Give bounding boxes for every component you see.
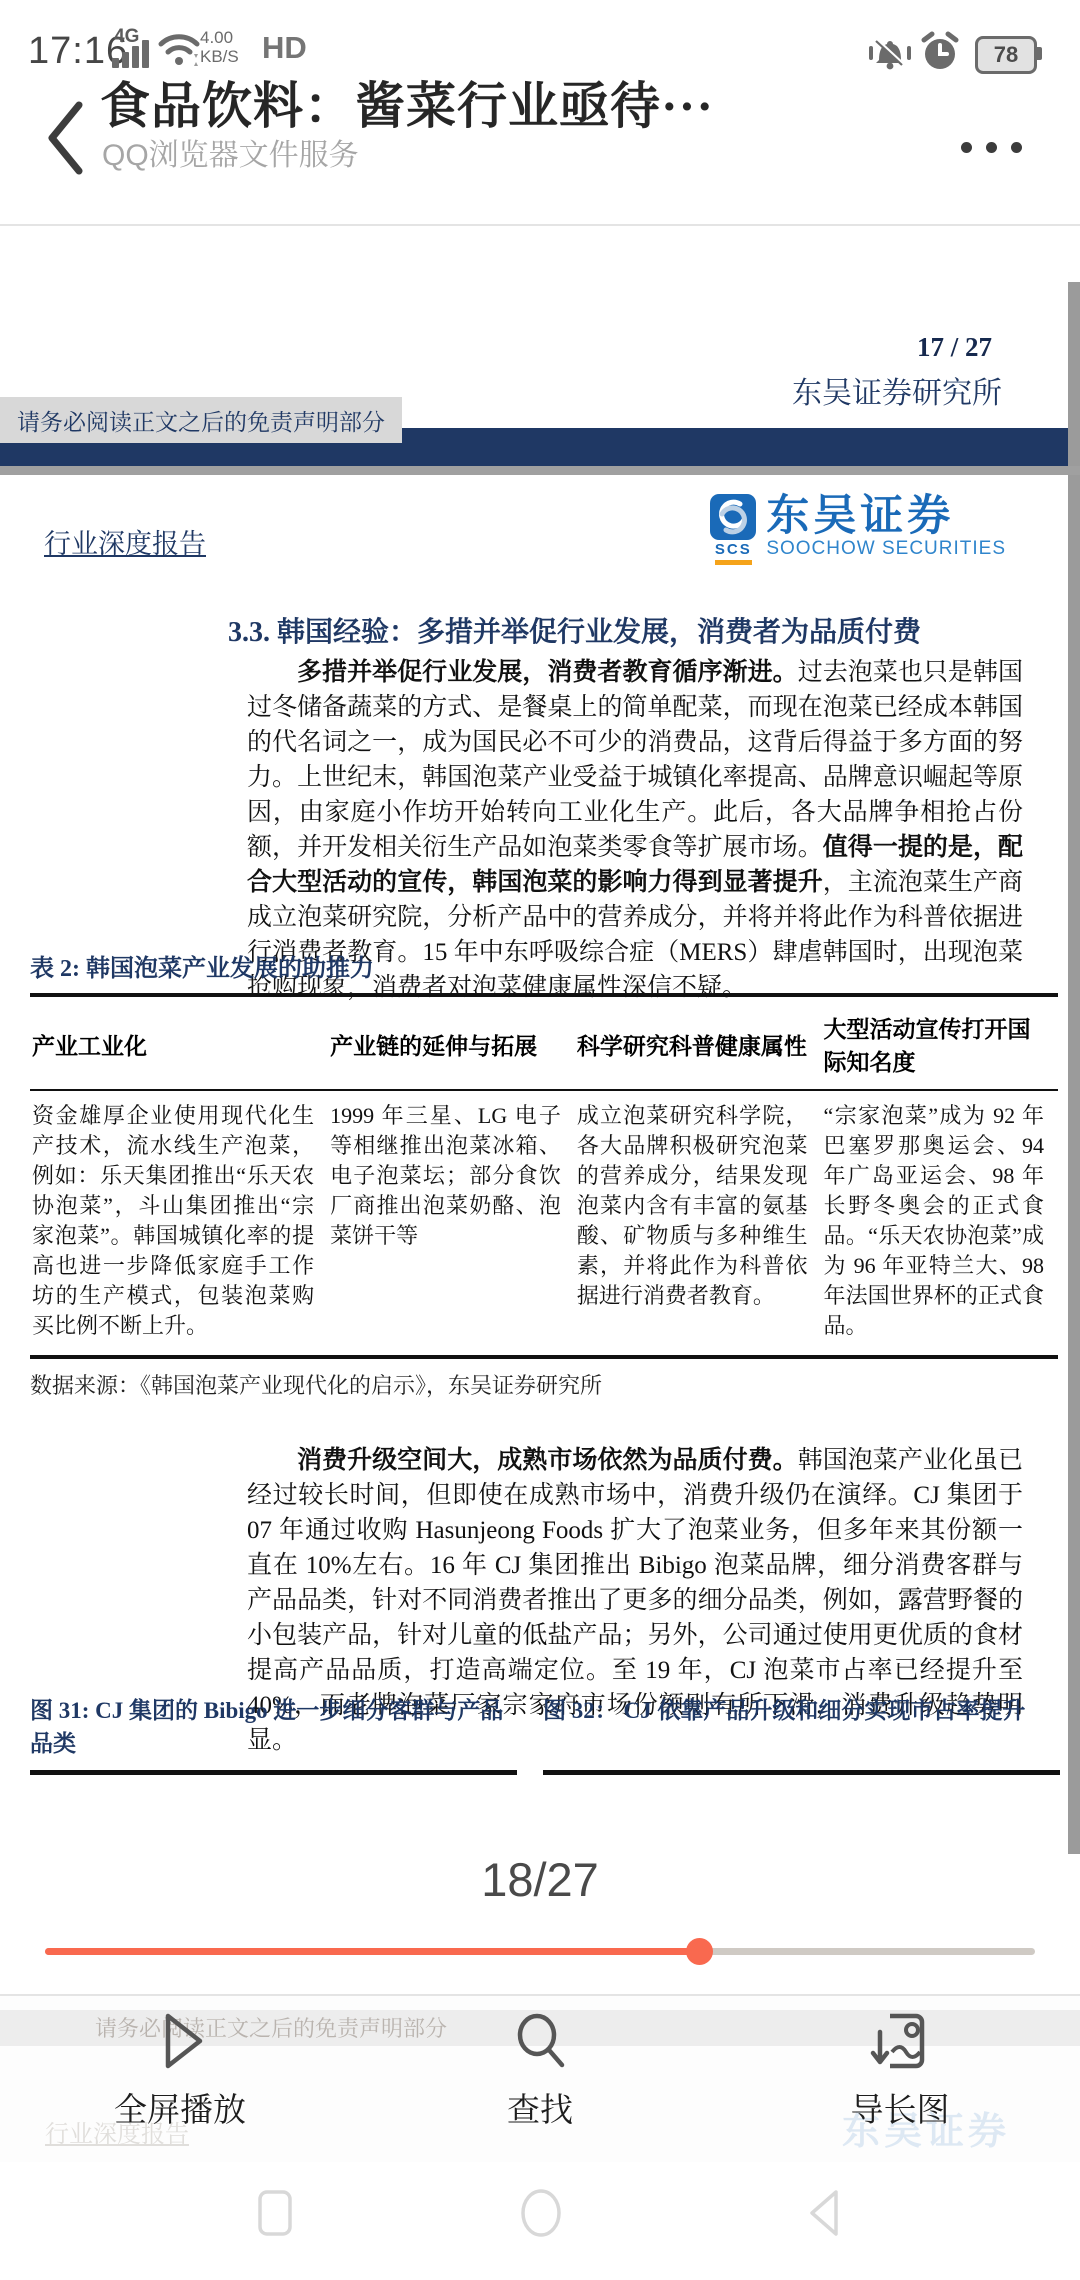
signal-bars-icon: [112, 40, 149, 68]
alarm-clock-icon: [918, 30, 962, 77]
page-indicator: 18/27: [0, 1852, 1080, 1907]
soochow-logo: SCS 东吴证券 SOOCHOW SECURITIES: [710, 494, 1006, 565]
figure-31-caption: 图 31: CJ 集团的 Bibigo 进一步细分客群与产品品类: [30, 1692, 517, 1775]
paragraph-1-lead: 多措并举促行业发展，消费者教育循序渐进。: [297, 659, 798, 686]
paragraph-1-text: 过去泡菜也只是韩国过冬储备蔬菜的方式、是餐桌上的简单配菜，而现在泡菜已经成本韩国…: [247, 659, 1023, 861]
table-header-science: 科学研究科普健康属性: [575, 995, 822, 1090]
figure-captions-row: 图 31: CJ 集团的 Bibigo 进一步细分客群与产品品类 图 32： C…: [30, 1692, 1060, 1775]
scs-label: SCS: [715, 540, 752, 565]
back-triangle-icon: [798, 2184, 856, 2242]
page17-institute: 东吴证券研究所: [792, 368, 1002, 412]
battery-indicator: 78: [975, 36, 1037, 74]
soochow-logo-icon: [710, 494, 756, 540]
find-label: 查找: [507, 2084, 573, 2131]
page17-number: 17 / 27: [917, 332, 992, 363]
section-heading: 3.3. 韩国经验：多措并举促行业发展，消费者为品质付费: [228, 610, 921, 650]
android-nav-bar: [0, 2160, 1080, 2280]
battery-percent: 78: [994, 42, 1018, 68]
mute-bell-icon: [862, 32, 912, 77]
logo-name-cn: 东吴证券: [766, 494, 1006, 538]
home-circle-icon: [512, 2184, 570, 2242]
network-speed: 4.00 KB/S: [200, 28, 239, 66]
table-2-caption: 表 2: 韩国泡菜产业发展的助推力: [30, 948, 1058, 983]
home-button[interactable]: [512, 2184, 570, 2247]
header-divider: [0, 224, 1080, 226]
document-title: 食品饮料：酱菜行业亟待···: [100, 66, 714, 138]
search-icon: [508, 2010, 572, 2072]
export-long-image-button[interactable]: 导长图: [720, 2010, 1080, 2131]
bottom-toolbar: 请务必阅读正文之后的免责声明部分 行业深度报告 东吴证券 全屏播放 查找: [0, 1994, 1080, 2162]
table-header-chain-extension: 产业链的延伸与拓展: [328, 995, 575, 1090]
page-progress-slider[interactable]: [45, 1948, 1035, 1955]
table-header-industrialization: 产业工业化: [30, 995, 328, 1090]
table-row: 资金雄厚企业使用现代化生产技术，流水线生产泡菜，例如：乐天集团推出“乐天农协泡菜…: [30, 1090, 1058, 1357]
table-cell: “宗家泡菜”成为 92 年巴塞罗那奥运会、94 年广岛亚运会、98 年长野冬奥会…: [822, 1090, 1058, 1357]
slider-knob[interactable]: [686, 1938, 713, 1965]
disclaimer-banner: 请务必阅读正文之后的免责声明部分: [0, 397, 402, 443]
table-header-row: 产业工业化 产业链的延伸与拓展 科学研究科普健康属性 大型活动宣传打开国际知名度: [30, 995, 1058, 1090]
export-long-image-icon: [868, 2010, 932, 2072]
table-header-events: 大型活动宣传打开国际知名度: [822, 995, 1058, 1090]
paragraph-2-lead: 消费升级空间大，成熟市场依然为品质付费。: [297, 1447, 798, 1474]
more-menu-button[interactable]: [961, 142, 1022, 153]
play-icon: [148, 2010, 212, 2072]
table-source: 数据来源：《韩国泡菜产业现代化的启示》，东吴证券研究所: [30, 1369, 1058, 1400]
logo-name-en: SOOCHOW SECURITIES: [766, 538, 1006, 560]
table-cell: 成立泡菜研究科学院，各大品牌积极研究泡菜的营养成分，结果发现泡菜内含有丰富的氨基…: [575, 1090, 822, 1357]
document-source-subtitle: QQ浏览器文件服务: [102, 130, 359, 174]
fullscreen-play-button[interactable]: 全屏播放: [0, 2010, 360, 2131]
recents-button[interactable]: [246, 2184, 304, 2247]
back-nav-button[interactable]: [798, 2184, 856, 2247]
table-cell: 资金雄厚企业使用现代化生产技术，流水线生产泡菜，例如：乐天集团推出“乐天农协泡菜…: [30, 1090, 328, 1357]
phone-screen: 17:16 4G 4.00 KB/S HD: [0, 0, 1080, 2280]
viewer-scrollbar[interactable]: [1068, 282, 1080, 1854]
slider-fill: [45, 1948, 700, 1955]
report-type-link: 行业深度报告: [44, 522, 206, 561]
recents-square-icon: [246, 2184, 304, 2242]
table-cell: 1999 年三星、LG 电子等相继推出泡菜冰箱、电子泡菜坛；部分食饮厂商推出泡菜…: [328, 1090, 575, 1357]
table-2: 表 2: 韩国泡菜产业发展的助推力 产业工业化 产业链的延伸与拓展 科学研究科普…: [30, 948, 1058, 1400]
export-long-image-label: 导长图: [851, 2084, 950, 2131]
page-separator: [0, 466, 1080, 475]
figure-32-caption: 图 32： CJ 依靠产品升级和细分实现市占率提升: [543, 1692, 1060, 1775]
back-button[interactable]: [46, 100, 86, 181]
hd-voice-label: HD: [262, 30, 307, 66]
fullscreen-play-label: 全屏播放: [114, 2084, 246, 2131]
find-button[interactable]: 查找: [360, 2010, 720, 2131]
